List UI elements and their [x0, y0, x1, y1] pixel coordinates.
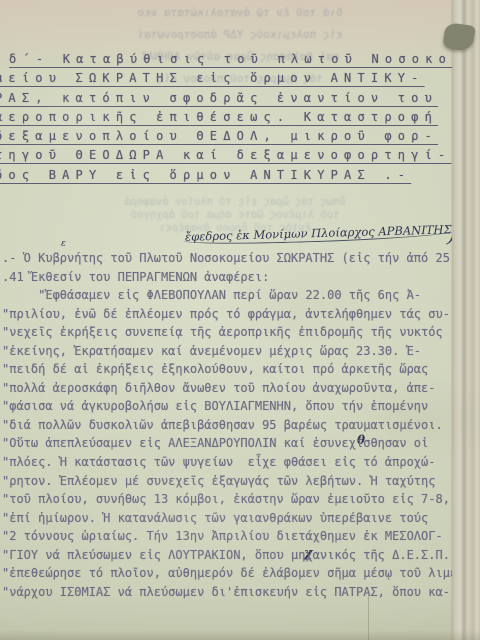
- typed-body-paragraph: .- Ὁ Κυβρνήτης τοῦ Πλωτοῦ Νοσοκομείου ΣΩ…: [2, 249, 464, 601]
- b-line: "Οὕτω ἀπεπλεύσαμεν εἰς ΑΛΕΞΑΝΔΡΟΥΠΟΛΙΝ κ…: [2, 434, 464, 453]
- b-line: "ἐκείνης, Ἐκρατήσαμεν καί ἀνεμένομεν μέχ…: [2, 342, 464, 361]
- b-line: "φάσισα νά ἀγκυροβολήσω εἰς ΒΟΥΛΙΑΓΜΕΝΗΝ…: [2, 397, 464, 416]
- b-line: .- Ὁ Κυβρνήτης τοῦ Πλωτοῦ Νοσοκομείου ΣΩ…: [2, 249, 464, 268]
- typed-heading: δ΄- Καταβύθισις τοῦ πλωτοῦ Νοσοκο-μείου …: [0, 50, 465, 185]
- bottom-edge-shade: [0, 630, 480, 640]
- b-line: "ἐπεθεώρησε τό πλοῖον, αὐθημερόν δέ ἐλάβ…: [2, 564, 464, 583]
- b-line: "νεχεῖς ἐκρήξεις συνεπείᾳ τῆς ἀεροπρικῆς…: [2, 323, 464, 342]
- h-line: τηγοῦ ΘΕΟΔΩΡΑ καί δεξαμενοφορτηγί-: [0, 146, 465, 165]
- h-line: δ΄- Καταβύθισις τοῦ πλωτοῦ Νοσοκο-: [0, 50, 465, 69]
- b-line: "2 τόννους ὡριαίως. Τήν 13ην Ἀπριλίου δι…: [2, 527, 464, 546]
- handwritten-epsilon-correction: ε: [61, 239, 66, 249]
- h-line: δος ΒΑΡΥ εἰς ὅρμον ΑΝΤΙΚΥΡΑΣ .-: [0, 166, 465, 185]
- h-line: μείου ΣΩΚΡΑΤΗΣ εἰς ὅρμον ΑΝΤΙΚΥ-: [0, 69, 465, 88]
- b-line: "τοῦ πλοίου, συνήθως 13 κόμβοι, ἑκάστην …: [2, 490, 464, 509]
- btm-line: ὅπως τάς ὥρας εἰς τό πλοῖον ἀναφορά: [20, 196, 450, 209]
- b-line: "Ἐφθάσαμεν εἰς ΦΛΕΒΟΠΟΥΛΑΝ περί ὥραν 22.…: [2, 286, 464, 305]
- scanned-document-page: διά τοῦ ἐν τῷ ἀνατολικώτατα νεοεἰς πολεμ…: [0, 0, 480, 640]
- h-line: ΡΑΣ, κατόπιν σφοδρᾶς ἐναντίον του: [0, 89, 465, 108]
- b-line: "διά πολλῶν δυσκολιῶν ἀπεβιβάσθησαν 95 β…: [2, 416, 464, 435]
- h-line: ἀεροπορικῆς ἐπιθέσεως. Καταστροφή: [0, 108, 465, 127]
- b-line: "ἐπί ἡμίωρον. Ἡ κατανάλωσις τῶν γαιανθρά…: [2, 509, 464, 528]
- b-line: .41 Ἔκθεσίν του ΠΕΠΡΑΓΜΕΝΩΝ ἀναφέρει:: [2, 268, 464, 287]
- h-line: δεξαμενοπλοίου ΘΕΔΟΛ, μικροῦ φορ-: [0, 127, 465, 146]
- underlying-page-edges: [452, 0, 480, 640]
- b-line: "ΓΙΟΥ νά πλεύσωμεν εἰς ΛΟΥΤΡΑΚΙΟΝ, ὅπου …: [2, 546, 464, 565]
- b-line: "πλόες. Ἡ κατάστασις τῶν ψυγείων εἶχε φθ…: [2, 453, 464, 472]
- b-line: "πειδή δέ αἱ ἐκρήξεις ἐξηκολούθουν, καίτ…: [2, 360, 464, 379]
- bt-line: εἰς πολεμικούς ΥΔΡ ἀποστρονωταί: [30, 24, 450, 46]
- b-line: "ρητον. Ἐπλέομεν μέ συνεχεῖς ἐξαγωγάς τῶ…: [2, 472, 464, 491]
- bt-line: διά τοῦ ἐν τῷ ἀνατολικώτατα νεο: [30, 2, 450, 24]
- btm-line: τοῦ λιμένος ὥστε σήμα τοῦ ἀρχηγοῦ: [20, 209, 450, 222]
- b-line: "νάρχου ΙΣΘΜΙΑΣ νά πλεύσωμεν δι'ἐπισκευή…: [2, 583, 464, 602]
- b-line: "πολλά ἀεροσκάφη διῆλθον ἄνωθεν τοῦ πλοί…: [2, 379, 464, 398]
- b-line: "πριλίου, ἐνῶ δέ ἐπλέομεν πρός τό φράγμα…: [2, 305, 464, 324]
